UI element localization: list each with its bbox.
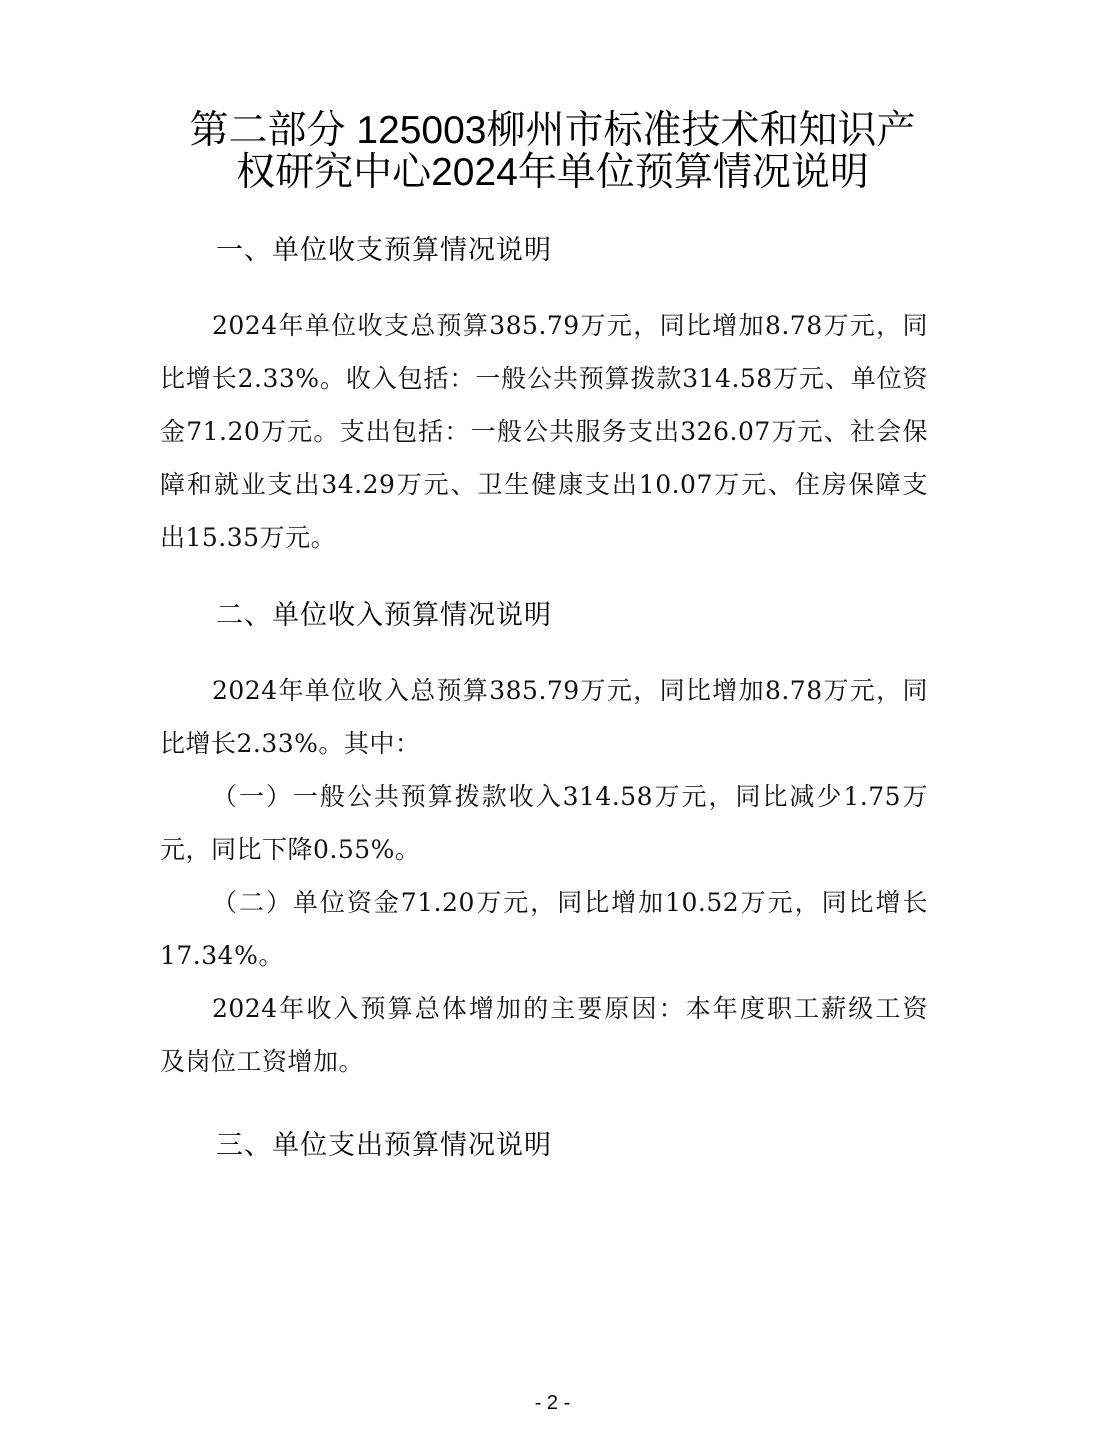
paragraph-line: 障和就业支出34.29万元、卫生健康支出10.07万元、住房保障支 [160,467,928,503]
paragraph-line: 17.34%。 [160,938,284,974]
page-number: - 2 - [0,1392,1105,1415]
document-title-line-1: 第二部分 125003柳州市标准技术和知识产 [120,107,985,155]
paragraph-line: 2024年单位收入总预算385.79万元，同比增加8.78万元，同 [212,673,928,709]
document-title-line-2: 权研究中心2024年单位预算情况说明 [120,149,985,197]
section-heading-income: 二、单位收入预算情况说明 [216,597,552,633]
document-page: 第二部分 125003柳州市标准技术和知识产 权研究中心2024年单位预算情况说… [0,0,1105,1430]
paragraph-line: 比增长2.33%。收入包括：一般公共预算拨款314.58万元、单位资 [160,361,928,397]
paragraph-line: 及岗位工资增加。 [160,1044,364,1080]
paragraph-line: （二）单位资金71.20万元，同比增加10.52万元，同比增长 [212,885,928,921]
paragraph-line: （一）一般公共预算拨款收入314.58万元，同比减少1.75万 [212,779,928,815]
paragraph-line: 金71.20万元。支出包括：一般公共服务支出326.07万元、社会保 [160,414,928,450]
paragraph-line: 比增长2.33%。其中： [160,726,420,762]
section-heading-income-expenditure: 一、单位收支预算情况说明 [216,232,552,268]
section-heading-expenditure: 三、单位支出预算情况说明 [216,1127,552,1163]
paragraph-line: 元，同比下降0.55%。 [160,832,420,868]
paragraph-line: 2024年单位收支总预算385.79万元，同比增加8.78万元，同 [212,308,928,344]
paragraph-line: 2024年收入预算总体增加的主要原因：本年度职工薪级工资 [212,991,928,1027]
paragraph-line: 出15.35万元。 [160,520,336,556]
